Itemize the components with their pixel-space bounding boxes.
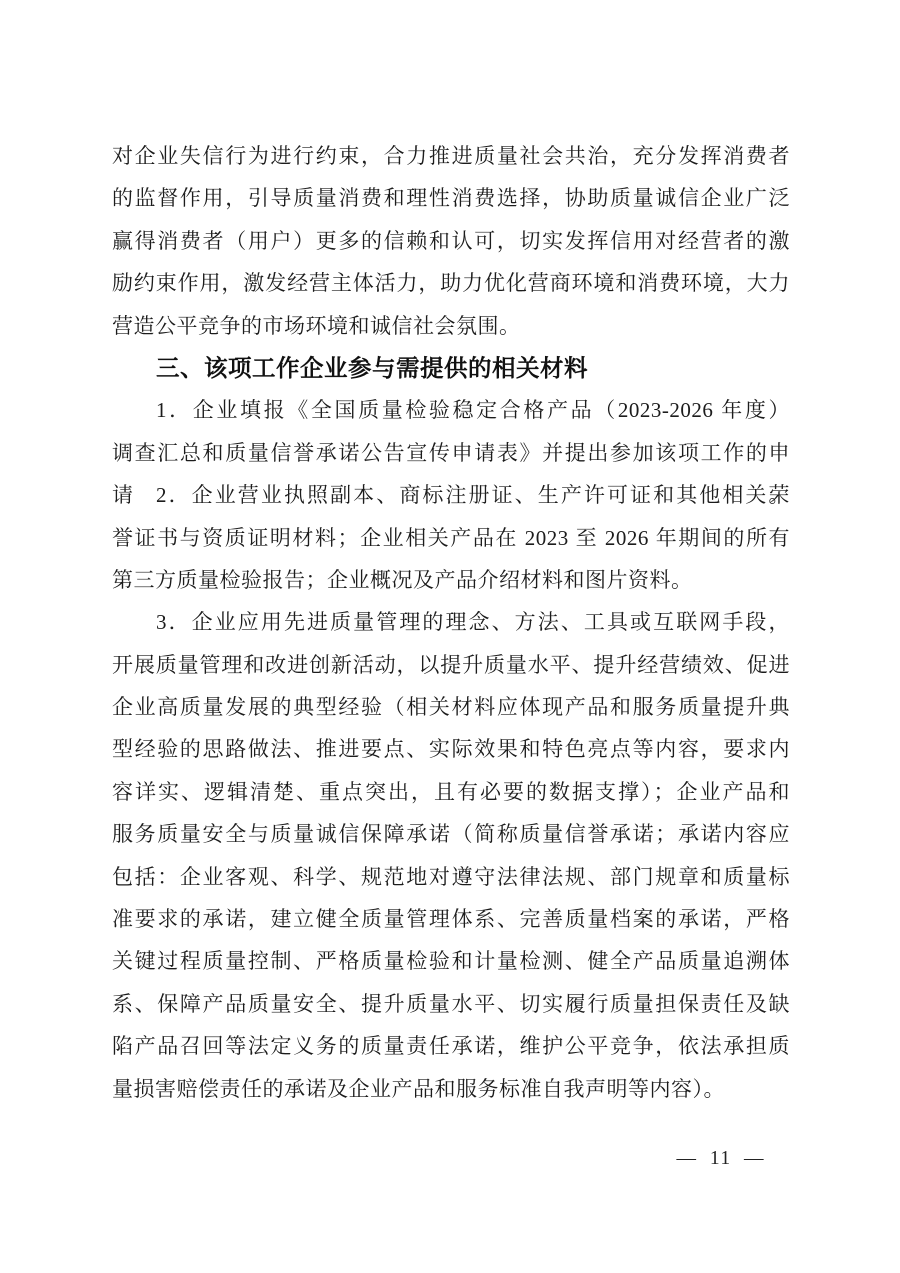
body-line: 2．企业营业执照副本、商标注册证、生产许可证和其他相关荣 [112,474,790,516]
body-line: 容详实、逻辑清楚、重点突出，且有必要的数据支撑）；企业产品和 [112,771,790,813]
document-body: 对企业失信行为进行约束，合力推进质量社会共治，充分发挥消费者 的监督作用，引导质… [112,135,790,1110]
body-line: 量损害赔偿责任的承诺及企业产品和服务标准自我声明等内容）。 [112,1068,790,1110]
section-heading: 三、该项工作企业参与需提供的相关材料 [112,347,790,389]
body-line: 系、保障产品质量安全、提升质量水平、切实履行质量担保责任及缺 [112,983,790,1025]
body-line: 企业高质量发展的典型经验（相关材料应体现产品和服务质量提升典 [112,686,790,728]
document-page: 对企业失信行为进行约束，合力推进质量社会共治，充分发挥消费者 的监督作用，引导质… [0,0,900,1273]
page-number: — 11 — [676,1148,765,1170]
body-line: 励约束作用，激发经营主体活力，助力优化营商环境和消费环境，大力 [112,262,790,304]
body-line: 3．企业应用先进质量管理的理念、方法、工具或互联网手段， [112,601,790,643]
body-line: 赢得消费者（用户）更多的信赖和认可，切实发挥信用对经营者的激 [112,220,790,262]
body-line: 包括：企业客观、科学、规范地对遵守法律法规、部门规章和质量标 [112,856,790,898]
body-line: 调查汇总和质量信誉承诺公告宣传申请表》并提出参加该项工作的申请。 [112,432,790,474]
body-line: 关键过程质量控制、严格质量检验和计量检测、健全产品质量追溯体 [112,940,790,982]
body-line: 对企业失信行为进行约束，合力推进质量社会共治，充分发挥消费者 [112,135,790,177]
body-line: 誉证书与资质证明材料；企业相关产品在 2023 至 2026 年期间的所有 [112,517,790,559]
body-line: 第三方质量检验报告；企业概况及产品介绍材料和图片资料。 [112,559,790,601]
body-line: 的监督作用，引导质量消费和理性消费选择，协助质量诚信企业广泛 [112,177,790,219]
body-line: 营造公平竞争的市场环境和诚信社会氛围。 [112,305,790,347]
body-line: 准要求的承诺，建立健全质量管理体系、完善质量档案的承诺，严格 [112,898,790,940]
body-line: 型经验的思路做法、推进要点、实际效果和特色亮点等内容，要求内 [112,728,790,770]
body-line: 1．企业填报《全国质量检验稳定合格产品（2023-2026 年度） [112,389,790,431]
body-line: 开展质量管理和改进创新活动，以提升质量水平、提升经营绩效、促进 [112,644,790,686]
body-line: 陷产品召回等法定义务的质量责任承诺，维护公平竞争，依法承担质 [112,1025,790,1067]
body-line: 服务质量安全与质量诚信保障承诺（简称质量信誉承诺；承诺内容应 [112,813,790,855]
